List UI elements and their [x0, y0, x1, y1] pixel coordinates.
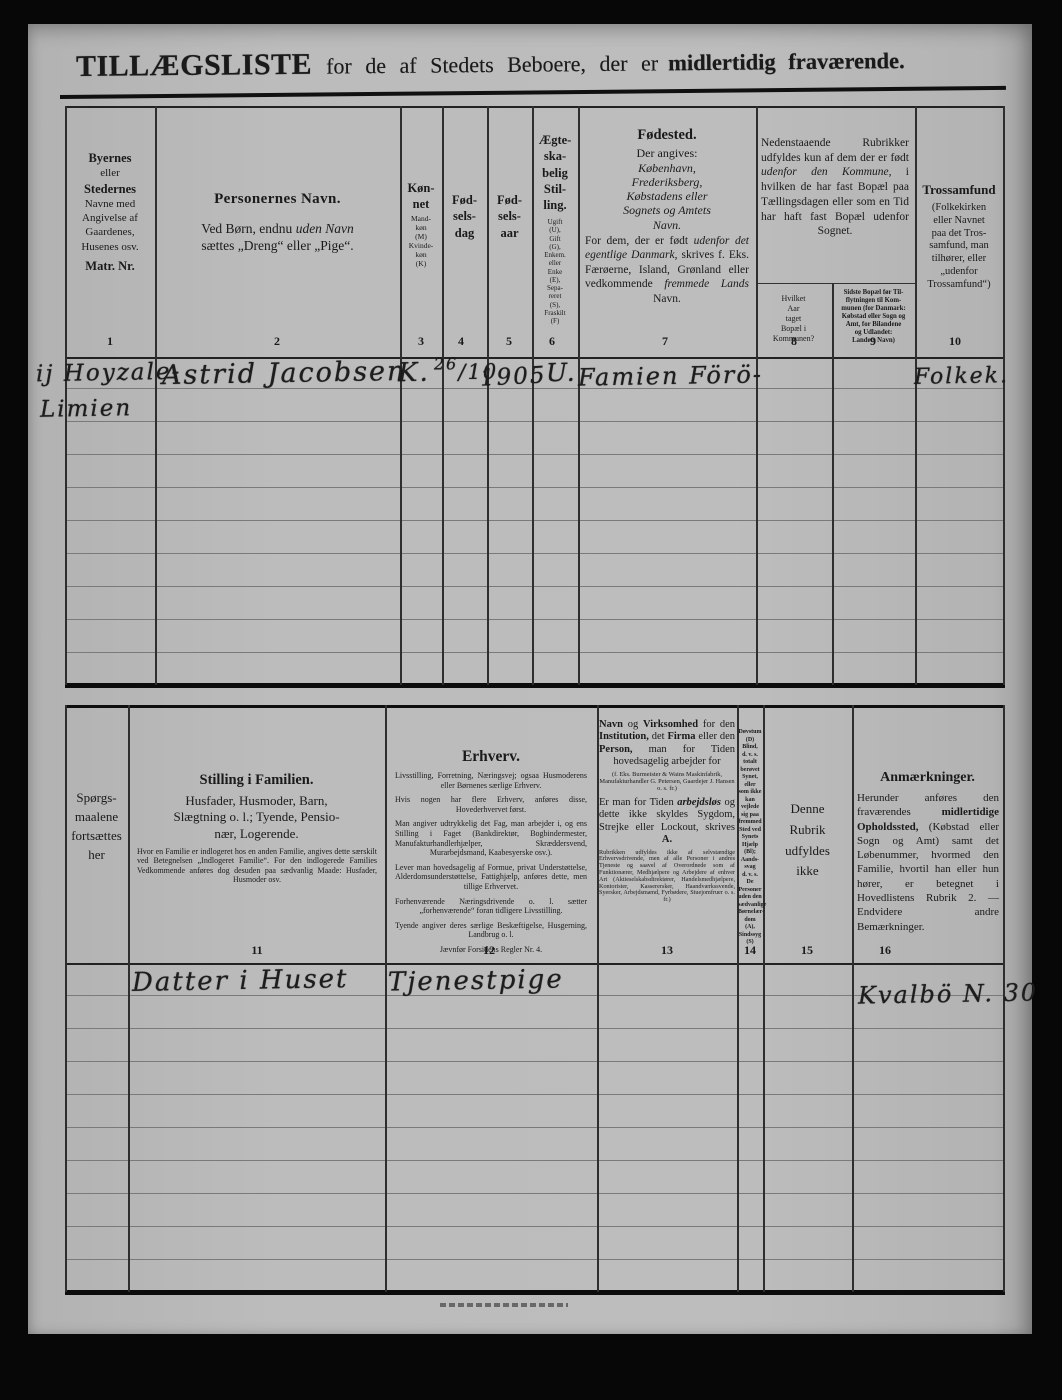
- entry-birth-year: 1905: [479, 362, 547, 391]
- column-number: 2: [257, 334, 297, 349]
- col13-header: Navn og Virksomhed for den Institution, …: [599, 719, 735, 904]
- col12-header-title: Erhverv.: [387, 747, 595, 767]
- form-title: TILLÆGSLISTEfor de af Stedets Beboere, d…: [76, 41, 1011, 84]
- ruled-line: [65, 1160, 1005, 1161]
- col12-note: Lever man hovedsagelig af Formue, privat…: [395, 863, 587, 892]
- ruled-line: [65, 1127, 1005, 1128]
- col16-header-title: Anmærkninger.: [855, 769, 1000, 787]
- col4-header-title: Fød- sels- dag: [443, 192, 486, 241]
- ruled-line: [65, 421, 1005, 422]
- column-number: 11: [237, 943, 277, 958]
- col13-bold: Firma: [667, 731, 695, 742]
- column-number: 10: [935, 334, 975, 349]
- col10-header-title: Trossamfund: [917, 182, 1001, 199]
- column-number: 5: [489, 334, 529, 349]
- column-number: 6: [532, 334, 572, 349]
- entry-occupation: Tjenestpige: [388, 964, 564, 997]
- continuation-label: Spørgs- maalene fortsættes her: [67, 789, 126, 864]
- column-number: 4: [441, 334, 481, 349]
- col11-header-sub: Husfader, Husmoder, Barn, Slægtning o. l…: [130, 793, 383, 842]
- column-number: 9: [853, 334, 893, 349]
- entry-name: Astrid Jacobsen: [162, 356, 407, 391]
- col7-note-italic2: fremmede Lands: [664, 278, 749, 290]
- title-rule: [60, 86, 1006, 99]
- col13-text: for den: [698, 719, 735, 730]
- column-rule: [756, 106, 758, 685]
- col1-header-line: Stedernes: [67, 181, 153, 197]
- entry-position-in-family: Datter i Huset: [132, 964, 349, 998]
- col6-header-title: Ægte- ska- belig Stil- ling.: [533, 132, 577, 213]
- col2-sub-text: Ved Børn, endnu: [201, 221, 296, 236]
- group-split-rule: [756, 283, 915, 284]
- table-bottom-rule: [65, 683, 1005, 688]
- group-header-italic: udenfor den Kommune,: [761, 166, 892, 178]
- col14-header: Døvstum (D) Blind, d. v. s. totalt berøv…: [738, 729, 762, 947]
- col7-header-places: København, Frederiksberg, Købstadens ell…: [582, 161, 752, 232]
- ruled-line: [65, 1028, 1005, 1029]
- col12-note: Hvis nogen har flere Erhverv, anføres di…: [395, 795, 587, 814]
- col7-header-title: Fødested.: [582, 126, 752, 145]
- col16-header-body: Herunder anføres den fraværendes midlert…: [857, 791, 999, 934]
- column-number: 1: [90, 334, 130, 349]
- ruled-line: [65, 487, 1005, 488]
- col13-head-paragraph: Navn og Virksomhed for den Institution, …: [599, 719, 735, 769]
- col13-text: man for Tiden hovedsagelig arbejder for: [613, 744, 735, 767]
- column-rule: [578, 106, 580, 685]
- ruled-line: [65, 619, 1005, 620]
- ruled-line: [65, 1193, 1005, 1194]
- col13-bold: Virksomhed: [643, 719, 698, 730]
- col13-small-note: (f. Eks. Burmeister & Wains Maskinfabrik…: [599, 771, 735, 793]
- col1-header: Byernes eller Stedernes Navne med Angive…: [67, 150, 153, 274]
- column-number: 8: [774, 334, 814, 349]
- col1-header-line: Navne med Angivelse af Gaardenes, Husene…: [67, 197, 153, 254]
- col2-header: Personernes Navn. Ved Børn, endnu uden N…: [160, 190, 395, 255]
- col13-text: Er man for Tiden: [599, 797, 677, 808]
- col13-text: eller den: [695, 731, 735, 742]
- col13-paragraph2: Er man for Tiden arbejdsløs og dette ikk…: [599, 797, 735, 847]
- ruled-line: [65, 1061, 1005, 1062]
- ruled-line: [65, 1259, 1005, 1260]
- column-number: 12: [469, 943, 509, 958]
- ruled-line: [65, 652, 1005, 653]
- col2-sub-text2: sættes „Dreng“ eller „Pige“.: [160, 237, 395, 255]
- form-title-end: midlertidig fraværende.: [668, 48, 905, 75]
- col5-header-title: Fød- sels- aar: [488, 192, 531, 241]
- col13-bold: Institution,: [599, 731, 649, 742]
- col12-note: Forhenværende Næringsdrivende o. l. sætt…: [395, 897, 587, 916]
- ruled-line: [65, 1226, 1005, 1227]
- col2-sub-italic: uden Navn: [296, 221, 354, 236]
- table-top-rule: [65, 705, 1005, 708]
- column-number: 15: [787, 943, 827, 958]
- col12-header-notes: Livsstilling, Forretning, Næringsvej; og…: [395, 771, 587, 955]
- ruled-line: [65, 586, 1005, 587]
- column-rule: [852, 705, 854, 1292]
- entry-remark: Kvalbö N. 30: [858, 978, 1039, 1009]
- ruled-line: [65, 553, 1005, 554]
- col7-header-intro: Der angives:: [582, 146, 752, 162]
- entry-birthplace: Famien Förö-: [578, 360, 763, 391]
- col1-header-line: Matr. Nr.: [67, 258, 153, 274]
- column-number: 16: [865, 943, 905, 958]
- entry-marital-status: U.: [546, 358, 577, 388]
- column-rule: [155, 106, 157, 685]
- table-upper: Byernes eller Stedernes Navne med Angive…: [65, 106, 1005, 690]
- column-rule: [1003, 106, 1005, 685]
- column-number: 7: [645, 334, 685, 349]
- col13-bold-italic: arbejdsløs: [677, 797, 721, 808]
- col2-header-sub: Ved Børn, endnu uden Navn sættes „Dreng“…: [160, 220, 395, 255]
- census-form-paper: TILLÆGSLISTEfor de af Stedets Beboere, d…: [28, 24, 1032, 1334]
- col12-note: Livsstilling, Forretning, Næringsvej; og…: [395, 771, 587, 790]
- entry-birth-day-num: 26: [434, 354, 459, 373]
- column-number: 3: [401, 334, 441, 349]
- col7-note-text3: Navn.: [653, 293, 681, 305]
- col13-text: og: [623, 719, 643, 730]
- col13-small-note2: Rubrikken udfyldes ikke af selvstændige …: [599, 850, 735, 905]
- column-number: 14: [730, 943, 770, 958]
- col6-header-sub: Ugift (U), Gift (G), Enkem. eller Enke (…: [533, 218, 577, 325]
- col16-text2: (Købstad eller Sogn og Amt) samt det Løb…: [857, 821, 999, 933]
- col7-header-note: For dem, der er født udenfor det egentli…: [585, 234, 749, 306]
- col13-text: det: [649, 731, 668, 742]
- form-title-mid: for de af Stedets Beboere, der er: [326, 50, 658, 78]
- col3-header-sub: Mand- køn (M) Kvinde- køn (K): [401, 214, 441, 268]
- ruled-line: [65, 454, 1005, 455]
- col13-bold: Person,: [599, 744, 633, 755]
- column-rule: [385, 705, 387, 1292]
- col1-header-line: eller: [67, 166, 153, 180]
- form-title-main: TILLÆGSLISTE: [76, 48, 312, 83]
- group-header-text: Nedenstaaende Rubrikker udfyldes kun af …: [761, 137, 909, 164]
- column-number: 13: [647, 943, 687, 958]
- col13-bold: A.: [662, 834, 672, 845]
- col15-header: Denne Rubrik udfyldes ikke: [765, 799, 850, 882]
- col12-note: Man angiver udtrykkelig det Fag, man arb…: [395, 819, 587, 857]
- col11-header-small: Hvor en Familie er indlogeret hos en and…: [137, 847, 377, 885]
- ruled-line: [65, 1094, 1005, 1095]
- entry-place-line1: ij Hoyzale-: [36, 359, 182, 388]
- col3-header-title: Køn- net: [401, 180, 441, 213]
- col12-note: Tyende angiver deres særlige Beskæftigel…: [395, 921, 587, 940]
- table-top-rule: [65, 106, 1005, 108]
- col13-bold: Navn: [599, 719, 623, 730]
- col10-header-sub: (Folkekirken eller Navnet paa det Tros- …: [917, 202, 1001, 292]
- col1-header-line: Byernes: [67, 150, 153, 166]
- table-bottom-rule: [65, 1290, 1005, 1295]
- col2-header-title: Personernes Navn.: [160, 190, 395, 210]
- printer-imprint: [440, 1303, 568, 1307]
- ruled-line: [65, 520, 1005, 521]
- entry-sex: K.: [398, 358, 430, 389]
- col11-header-title: Stilling i Familien.: [130, 771, 383, 790]
- col8-9-group-header: Nedenstaaende Rubrikker udfyldes kun af …: [761, 136, 909, 239]
- entry-religion: Folkek.: [914, 363, 1009, 390]
- scanned-page: TILLÆGSLISTEfor de af Stedets Beboere, d…: [0, 0, 1062, 1400]
- entry-place-line2: Limien: [40, 395, 133, 423]
- column-rule: [763, 705, 765, 1292]
- col7-note-text: For dem, der er født: [585, 235, 694, 247]
